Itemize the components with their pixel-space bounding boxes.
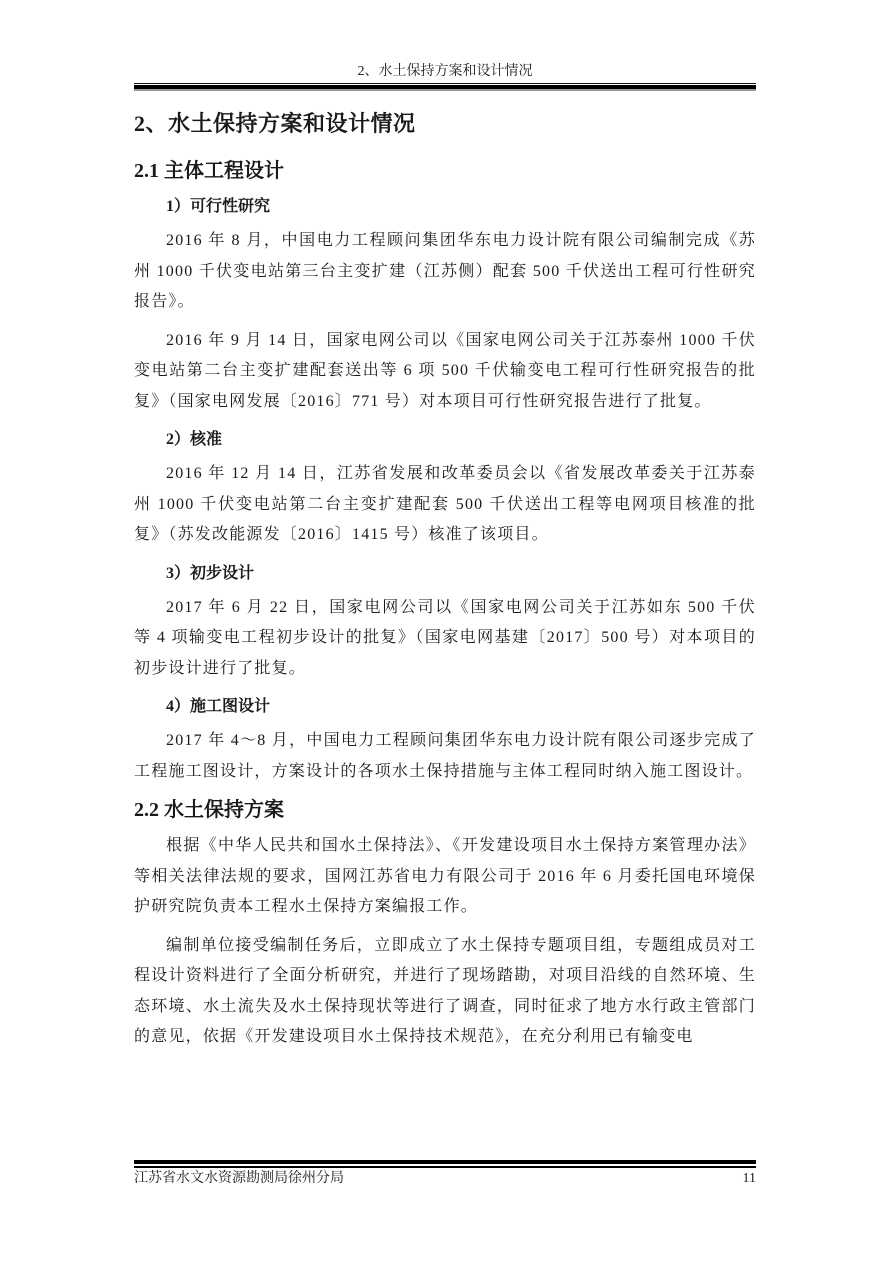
- page-number: 11: [743, 1170, 756, 1188]
- paragraph: 2016 年 12 月 14 日，江苏省发展和改革委员会以《省发展改革委关于江苏…: [134, 459, 756, 551]
- page-footer: 江苏省水文水资源勘测局徐州分局 11: [134, 1170, 756, 1188]
- section-heading-2-2: 2.2 水土保持方案: [134, 795, 756, 825]
- footer-organization: 江苏省水文水资源勘测局徐州分局: [134, 1170, 344, 1188]
- subsection-heading-approval: 2）核准: [166, 425, 756, 455]
- subsection-heading-construction-drawing: 4）施工图设计: [166, 692, 756, 722]
- page-content: 2、水土保持方案和设计情况 2.1 主体工程设计 1）可行性研究 2016 年 …: [134, 106, 756, 1061]
- paragraph: 编制单位接受编制任务后，立即成立了水土保持专题项目组，专题组成员对工程设计资料进…: [134, 931, 756, 1053]
- section-heading-2-1: 2.1 主体工程设计: [134, 156, 756, 186]
- paragraph: 2017 年 6 月 22 日，国家电网公司以《国家电网公司关于江苏如东 500…: [134, 593, 756, 685]
- running-header: 2、水土保持方案和设计情况: [134, 64, 756, 80]
- paragraph: 2017 年 4～8 月，中国电力工程顾问集团华东电力设计院有限公司逐步完成了工…: [134, 726, 756, 787]
- subsection-heading-preliminary-design: 3）初步设计: [166, 559, 756, 589]
- footer-rule: [134, 1160, 756, 1168]
- header-rule: [134, 83, 756, 91]
- paragraph: 2016 年 9 月 14 日，国家电网公司以《国家电网公司关于江苏泰州 100…: [134, 326, 756, 418]
- chapter-title: 2、水土保持方案和设计情况: [134, 106, 756, 142]
- document-page: 2、水土保持方案和设计情况 2、水土保持方案和设计情况 2.1 主体工程设计 1…: [0, 0, 892, 1263]
- paragraph: 2016 年 8 月，中国电力工程顾问集团华东电力设计院有限公司编制完成《苏州 …: [134, 226, 756, 318]
- paragraph: 根据《中华人民共和国水土保持法》、《开发建设项目水土保持方案管理办法》等相关法律…: [134, 831, 756, 923]
- subsection-heading-feasibility: 1）可行性研究: [166, 192, 756, 222]
